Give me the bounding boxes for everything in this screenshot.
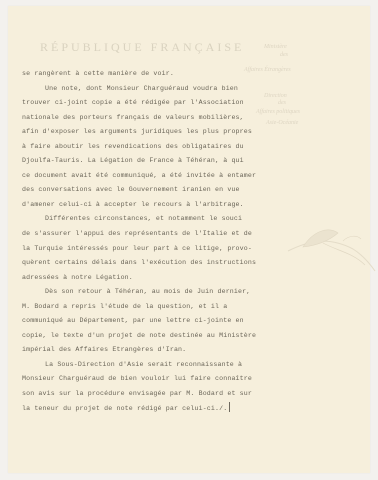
- text-line: quèrent certains délais dans l'exécution…: [22, 256, 362, 271]
- text-line: Monsieur Charguéraud de bien vouloir lui…: [22, 372, 362, 387]
- bleed-side-note: Ministère: [264, 44, 287, 50]
- bleed-side-note: des: [280, 52, 288, 58]
- text-line: adressées à notre Légation.: [22, 271, 362, 286]
- text-line: se rangèrent à cette manière de voir.: [22, 67, 362, 82]
- text-line: ce document avait été communiqué, a été …: [22, 169, 362, 184]
- text-line: afin d'exposer les arguments juridiques …: [22, 125, 362, 140]
- text-line-last: la teneur du projet de note rédigé par c…: [22, 402, 362, 417]
- text-line: trouver ci-joint copie a été rédigée par…: [22, 96, 362, 111]
- letter-body: se rangèrent à cette manière de voir. Un…: [22, 67, 362, 416]
- text-line: la Turquie intéressés pour leur part à c…: [22, 242, 362, 257]
- text-line: communiqué au Département, par une lettr…: [22, 314, 362, 329]
- text-line: nationale des porteurs français de valeu…: [22, 111, 362, 126]
- text-line: copie, le texte d'un projet de note dest…: [22, 329, 362, 344]
- text-line: impérial des Affaires Etrangères d'Iran.: [22, 343, 362, 358]
- text-line: Dès son retour à Téhéran, au mois de Jui…: [22, 285, 362, 300]
- text-line: des conversations avec le Gouvernement i…: [22, 183, 362, 198]
- text-line: Djoulfa-Tauris. La Légation de France à …: [22, 154, 362, 169]
- text-line: Différentes circonstances, et notamment …: [22, 212, 362, 227]
- text-line: La Sous-Direction d'Asie serait reconnai…: [22, 358, 362, 373]
- text-line: la teneur du projet de note rédigé par c…: [22, 405, 227, 412]
- end-mark-icon: [229, 402, 234, 412]
- text-line: son avis sur la procédure envisagée par …: [22, 387, 362, 402]
- bleed-through-header: RÉPUBLIQUE FRANÇAISE: [40, 40, 244, 55]
- text-line: d'amener celui-ci à accepter le recours …: [22, 198, 362, 213]
- text-line: Une note, dont Monsieur Charguéraud voud…: [22, 82, 362, 97]
- text-line: de s'assurer l'appui des représentants d…: [22, 227, 362, 242]
- text-line: à faire aboutir les revendications des o…: [22, 140, 362, 155]
- text-line: M. Bodard a repris l'étude de la questio…: [22, 300, 362, 315]
- document-page: RÉPUBLIQUE FRANÇAISE Ministère des Affai…: [8, 6, 370, 473]
